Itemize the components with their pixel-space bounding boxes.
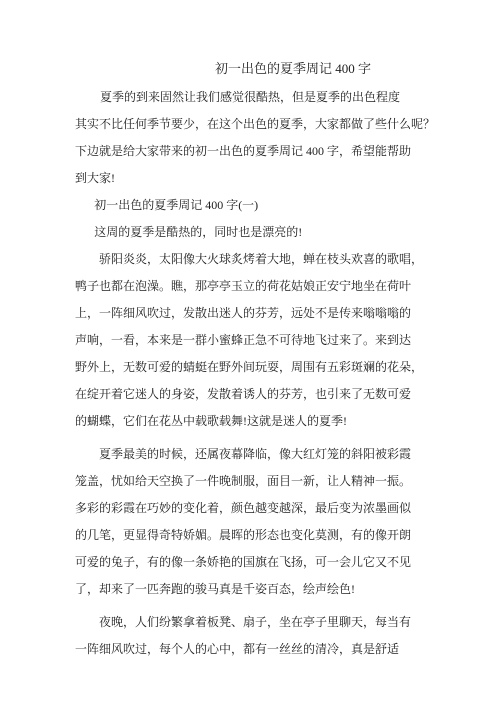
document-page: 初一出色的夏季周记 400 字 夏季的到来固然让我们感觉很酷热，但是夏季的出色程… <box>0 0 500 708</box>
text-line: 笼盖，忧如给天空换了一件晚制服，面目一新，让人精神一振。 <box>75 468 425 495</box>
text-line: 在绽开着它迷人的身姿，发散着诱人的芬芳，也引来了无数可爱 <box>75 381 425 408</box>
text-line: 的几笔，更显得奇特娇媚。晨晖的形态也变化莫测，有的像开朗 <box>75 522 425 549</box>
intro-paragraph-centered: 夏季的到来固然让我们感觉很酷热，但是夏季的出色程度其实不比任何季节要少，在这个出… <box>75 84 425 138</box>
text-line: 可爱的兔子，有的像一条娇艳的国旗在飞扬，可一会儿它又不见 <box>75 549 425 576</box>
text-line: 的蝴蝶，它们在花丛中载歌载舞!这就是迷人的夏季! <box>75 408 425 435</box>
section-heading: 初一出色的夏季周记 400 字(一) <box>75 192 425 219</box>
text-line: 声响，一看，本来是一群小蜜蜂正急不可待地飞过来了。来到达 <box>75 327 425 354</box>
text-line: 下边就是给大家带来的初一出色的夏季周记 400 字，希望能帮助 <box>75 138 425 165</box>
document-title: 初一出色的夏季周记 400 字 <box>161 55 425 83</box>
text-line: 多彩的彩霞在巧妙的变化着，颜色越变越深，最后变为浓墨画似 <box>75 495 425 522</box>
intro-paragraph-left: 下边就是给大家带来的初一出色的夏季周记 400 字，希望能帮助到大家! <box>75 138 425 192</box>
text-line: 其实不比任何季节要少，在这个出色的夏季，大家都做了些什么呢？ <box>75 111 425 138</box>
body-paragraph-sunset: 夏季最美的时候，还属夜幕降临，像大红灯笼的斜阳被彩霞笼盖，忧如给天空换了一件晚制… <box>75 441 425 603</box>
body-paragraph-evening: 夜晚，人们纷繁拿着板凳、扇子，坐在亭子里聊天，每当有一阵细风吹过，每个人的心中，… <box>75 609 425 663</box>
text-line: 夏季的到来固然让我们感觉很酷热，但是夏季的出色程度 <box>75 84 425 111</box>
text-line: 上，一阵细风吹过，发散出迷人的芬芳，远处不是传来嗡嗡嗡的 <box>75 300 425 327</box>
body-paragraph-sun: 骄阳炎炎，太阳像大火球炙烤着大地，蝉在枝头欢喜的歌唱，鸭子也都在泡澡。瞧，那亭亭… <box>75 246 425 435</box>
opening-line: 这周的夏季是酷热的，同时也是漂亮的! <box>75 219 425 246</box>
text-line: 夏季最美的时候，还属夜幕降临，像大红灯笼的斜阳被彩霞 <box>75 441 425 468</box>
text-line: 骄阳炎炎，太阳像大火球炙烤着大地，蝉在枝头欢喜的歌唱， <box>75 246 425 273</box>
text-line: 夜晚，人们纷繁拿着板凳、扇子，坐在亭子里聊天，每当有 <box>75 609 425 636</box>
text-line: 鸭子也都在泡澡。瞧，那亭亭玉立的荷花姑娘正安宁地坐在荷叶 <box>75 273 425 300</box>
text-line: 一阵细风吹过，每个人的心中，都有一丝丝的清冷，真是舒适 <box>75 636 425 663</box>
text-line: 了，却来了一匹奔跑的骏马真是千姿百态，绘声绘色! <box>75 576 425 603</box>
text-line: 到大家! <box>75 165 425 192</box>
text-line: 野外上，无数可爱的蜻蜓在野外间玩耍，周围有五彩斑斓的花朵， <box>75 354 425 381</box>
